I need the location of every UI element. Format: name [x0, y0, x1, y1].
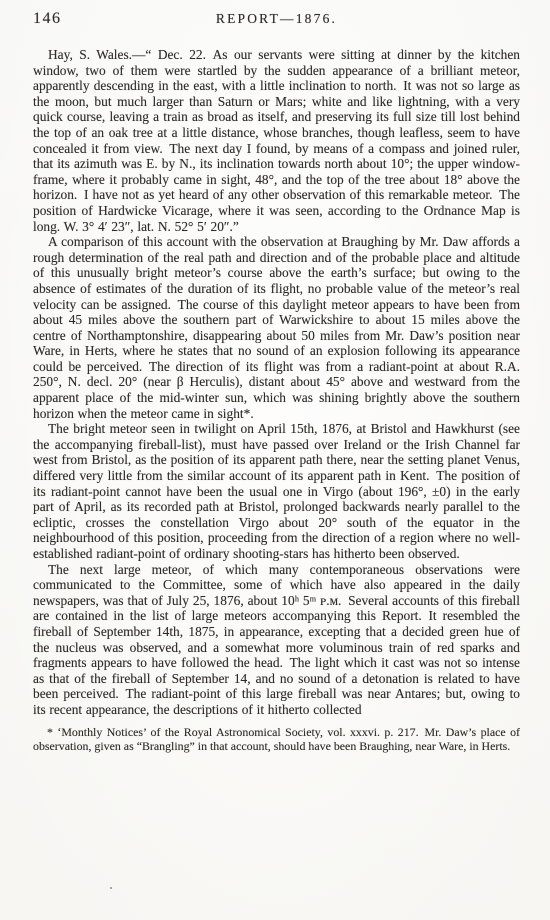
running-title: REPORT—1876. — [216, 11, 337, 27]
scan-speck — [411, 98, 413, 100]
paragraph-april-15-meteor: The bright meteor seen in twilight on Ap… — [33, 421, 520, 561]
footnote-text: ‘Monthly Notices’ of the Royal Astronomi… — [33, 725, 520, 753]
paragraph-hay-s-wales-account: Hay, S. Wales.—“ Dec. 22. As our servant… — [33, 47, 520, 234]
paragraph-comparison-braughing: A comparison of this account with the ob… — [33, 234, 520, 421]
scan-speck — [110, 887, 112, 889]
scanned-report-page: 146 REPORT—1876. Hay, S. Wales.—“ Dec. 2… — [0, 0, 550, 920]
paragraph-july-25-meteor: The next large meteor, of which many con… — [33, 562, 520, 718]
page-number: 146 — [33, 10, 216, 28]
running-head: 146 REPORT—1876. — [33, 10, 520, 28]
footnote-marker: * — [47, 725, 53, 739]
footnote: * ‘Monthly Notices’ of the Royal Astrono… — [33, 725, 520, 753]
article-body: Hay, S. Wales.—“ Dec. 22. As our servant… — [33, 47, 520, 718]
